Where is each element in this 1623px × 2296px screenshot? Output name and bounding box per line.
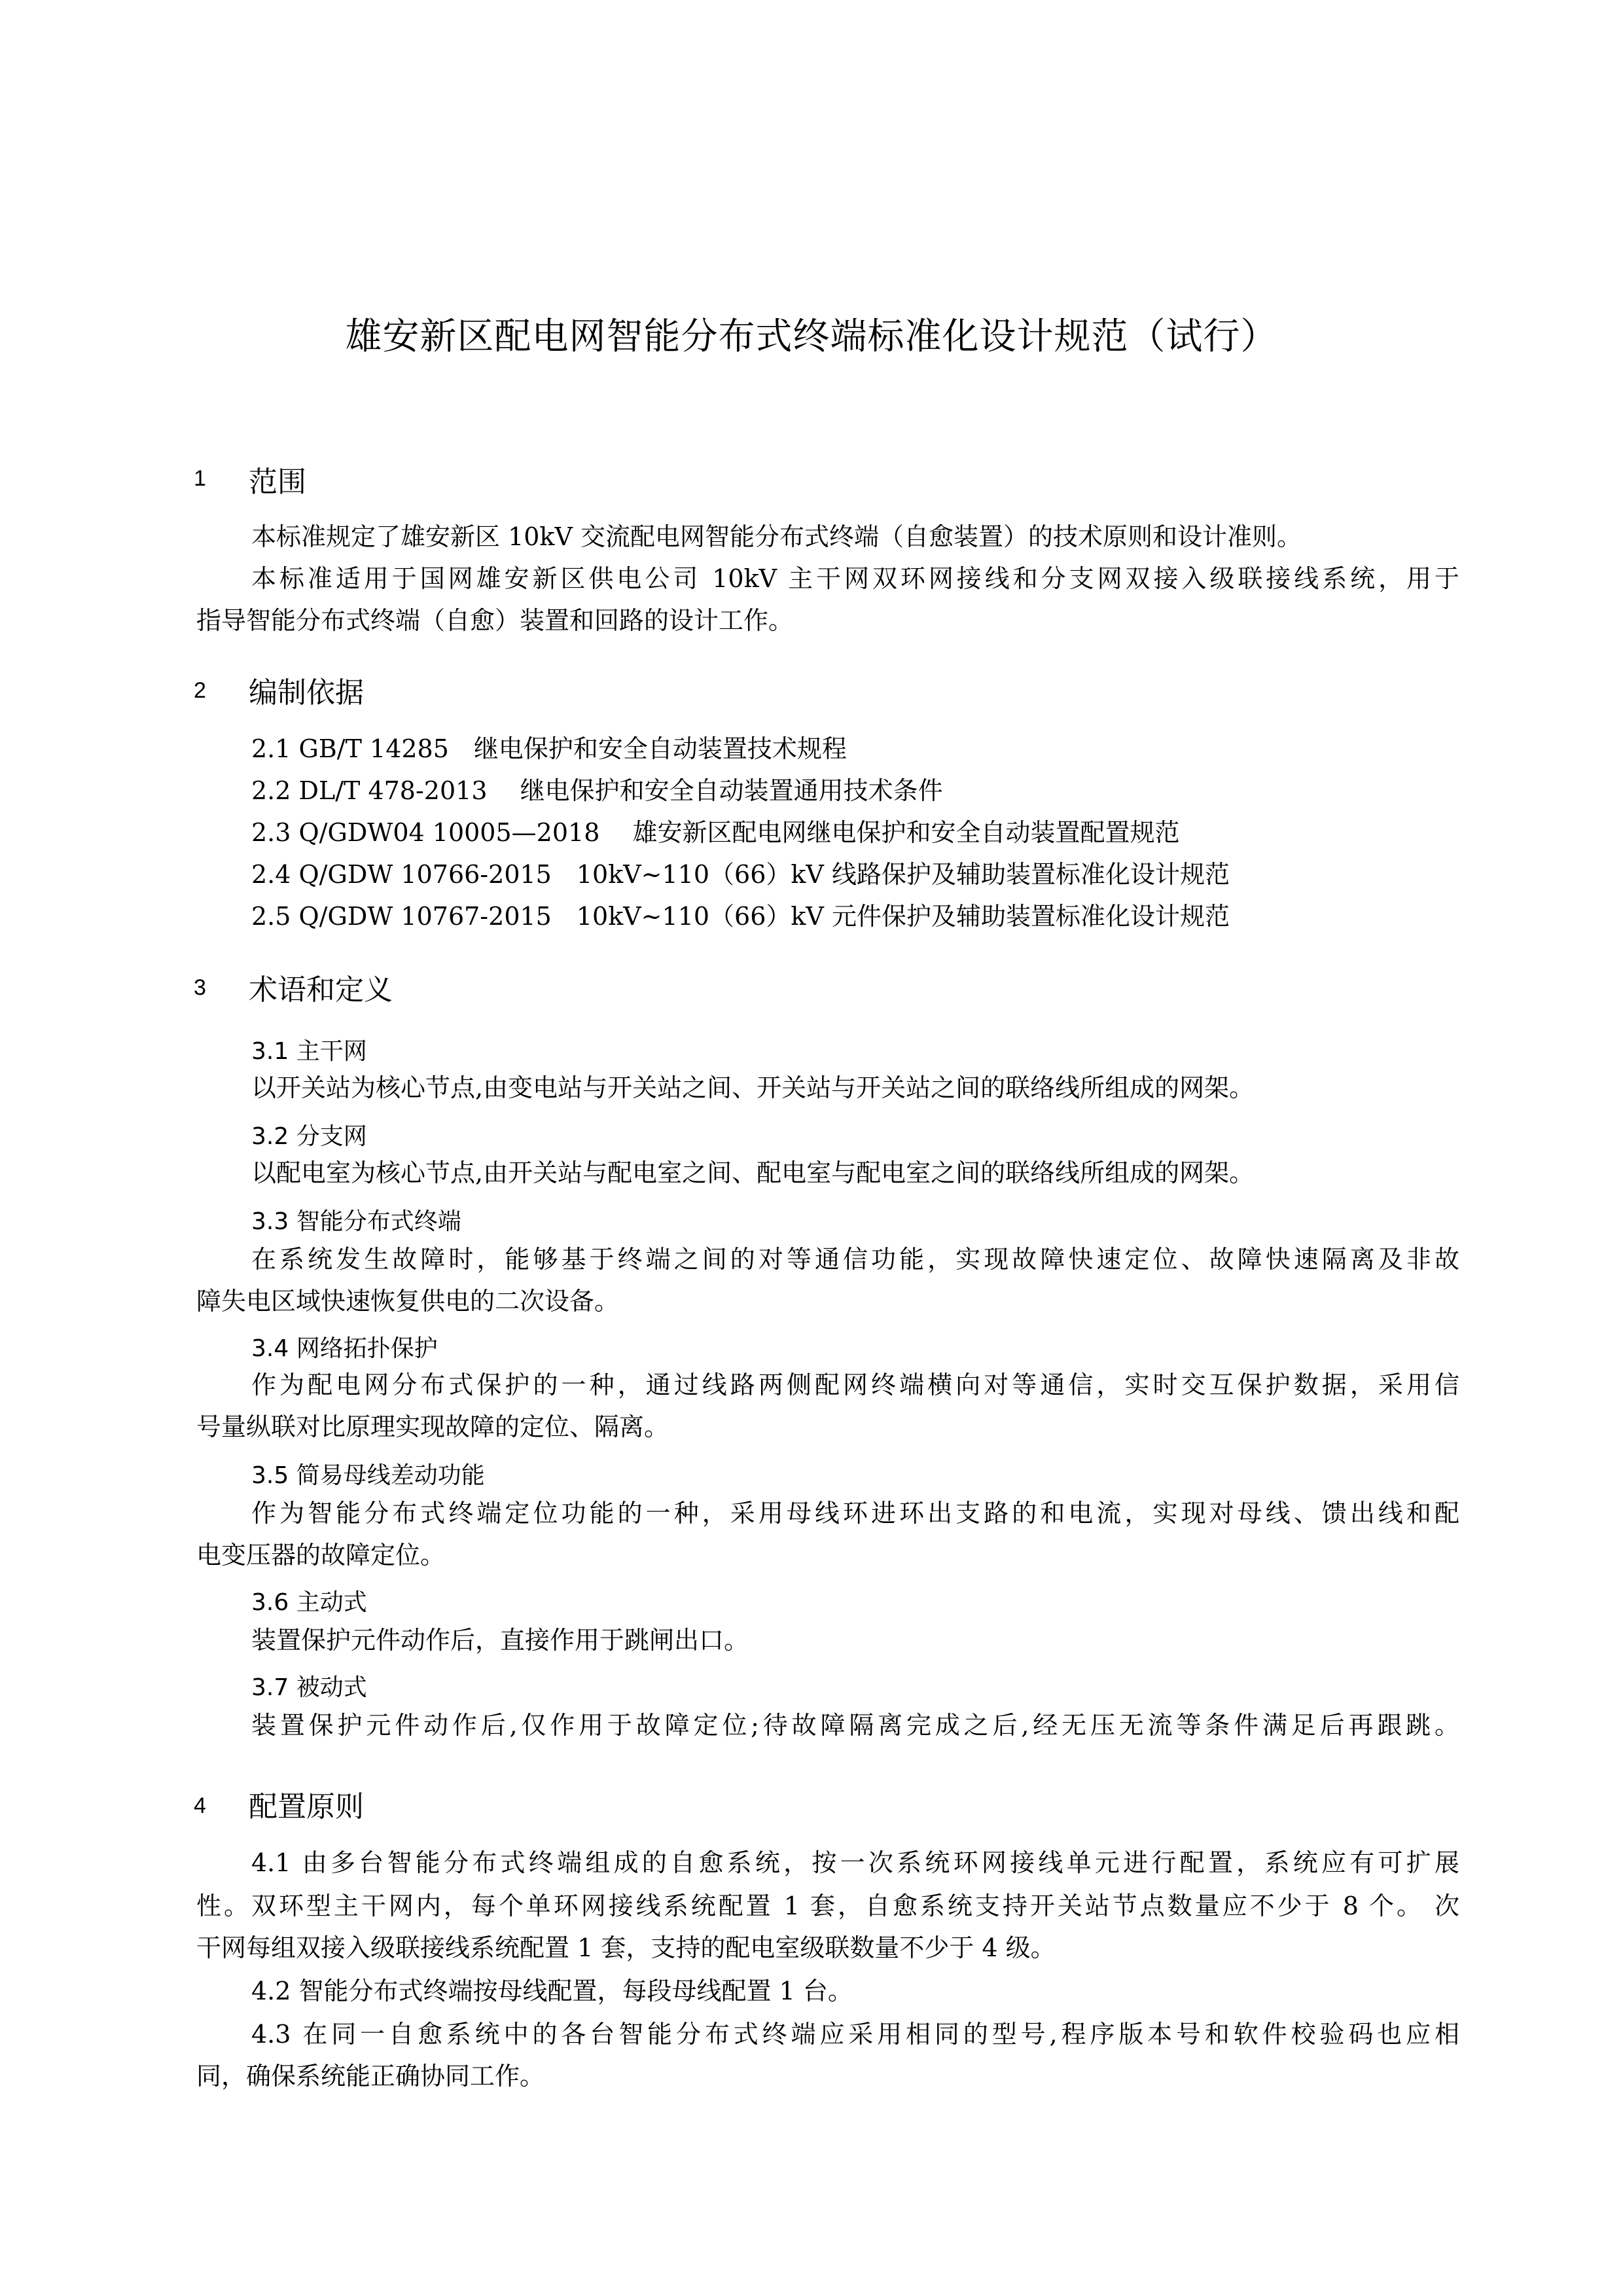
section-heading: 术语和定义 bbox=[249, 966, 393, 1008]
term-definition: 电变压器的故障定位。 bbox=[196, 1542, 445, 1568]
reference-item: 2.3 Q/GDW04 10005—2018 雄安新区配电网继电保护和安全自动装… bbox=[251, 819, 1179, 846]
term-heading: 3.7 被动式 bbox=[251, 1669, 367, 1702]
reference-item: 2.2 DL/T 478-2013 继电保护和安全自动装置通用技术条件 bbox=[251, 778, 943, 804]
term-heading: 3.1 主干网 bbox=[251, 1033, 367, 1066]
term-definition: 装置保护元件动作后，直接作用于跳闸出口。 bbox=[251, 1627, 749, 1653]
paragraph-line: 性。双环型主干网内，每个单环网接线系统配置 1 套，自愈系统支持开关站节点数量应… bbox=[196, 1893, 1459, 1919]
paragraph-line: 本标准规定了雄安新区 10kV 交流配电网智能分布式终端（自愈装置）的技术原则和… bbox=[251, 524, 1302, 550]
section-number: 2 bbox=[194, 678, 206, 704]
term-definition: 以开关站为核心节点,由变电站与开关站之间、开关站与开关站之间的联络线所组成的网架… bbox=[251, 1075, 1254, 1101]
paragraph-line: 干网每组双接入级联接线系统配置 1 套，支持的配电室级联数量不少于 4 级。 bbox=[196, 1935, 1056, 1961]
paragraph-line: 4.3 在同一自愈系统中的各台智能分布式终端应采用相同的型号,程序版本号和软件校… bbox=[251, 2021, 1459, 2047]
section-number: 1 bbox=[194, 466, 206, 492]
term-definition: 作为智能分布式终端定位功能的一种，采用母线环进环出支路的和电流，实现对母线、馈出… bbox=[251, 1500, 1459, 1526]
document-title: 雄安新区配电网智能分布式终端标准化设计规范（试行） bbox=[0, 308, 1623, 360]
reference-item: 2.1 GB/T 14285 继电保护和安全自动装置技术规程 bbox=[251, 736, 847, 762]
paragraph-line: 本标准适用于国网雄安新区供电公司 10kV 主干网双环网接线和分支网双接入级联接… bbox=[251, 565, 1459, 592]
section-heading: 编制依据 bbox=[249, 669, 364, 711]
term-heading: 3.5 简易母线差动功能 bbox=[251, 1457, 485, 1490]
section-number: 4 bbox=[194, 1793, 206, 1819]
term-definition: 作为配电网分布式保护的一种，通过线路两侧配网终端横向对等通信，实时交互保护数据，… bbox=[251, 1372, 1459, 1398]
term-definition: 号量纵联对比原理实现故障的定位、隔离。 bbox=[196, 1414, 669, 1440]
paragraph-line: 指导智能分布式终端（自愈）装置和回路的设计工作。 bbox=[196, 607, 793, 634]
term-definition: 以配电室为核心节点,由开关站与配电室之间、配电室与配电室之间的联络线所组成的网架… bbox=[251, 1160, 1254, 1186]
section-heading: 配置原则 bbox=[249, 1783, 364, 1825]
term-heading: 3.4 网络拓扑保护 bbox=[251, 1330, 438, 1363]
paragraph-line: 4.2 智能分布式终端按母线配置，每段母线配置 1 台。 bbox=[251, 1978, 853, 2004]
reference-item: 2.5 Q/GDW 10767-2015 10kV~110（66）kV 元件保护… bbox=[251, 903, 1230, 929]
section-heading: 范围 bbox=[249, 458, 306, 500]
term-heading: 3.6 主动式 bbox=[251, 1584, 367, 1617]
paragraph-line: 同，确保系统能正确协同工作。 bbox=[196, 2063, 544, 2089]
paragraph-line: 4.1 由多台智能分布式终端组成的自愈系统，按一次系统环网接线单元进行配置，系统… bbox=[251, 1850, 1459, 1876]
section-number: 3 bbox=[194, 975, 206, 1001]
term-heading: 3.2 分支网 bbox=[251, 1118, 367, 1151]
term-definition: 装置保护元件动作后,仅作用于故障定位;待故障隔离完成之后,经无压无流等条件满足后… bbox=[251, 1712, 1459, 1738]
term-heading: 3.3 智能分布式终端 bbox=[251, 1203, 461, 1236]
term-definition: 障失电区域快速恢复供电的二次设备。 bbox=[196, 1288, 619, 1314]
reference-item: 2.4 Q/GDW 10766-2015 10kV~110（66）kV 线路保护… bbox=[251, 861, 1230, 888]
term-definition: 在系统发生故障时，能够基于终端之间的对等通信功能，实现故障快速定位、故障快速隔离… bbox=[251, 1246, 1459, 1272]
